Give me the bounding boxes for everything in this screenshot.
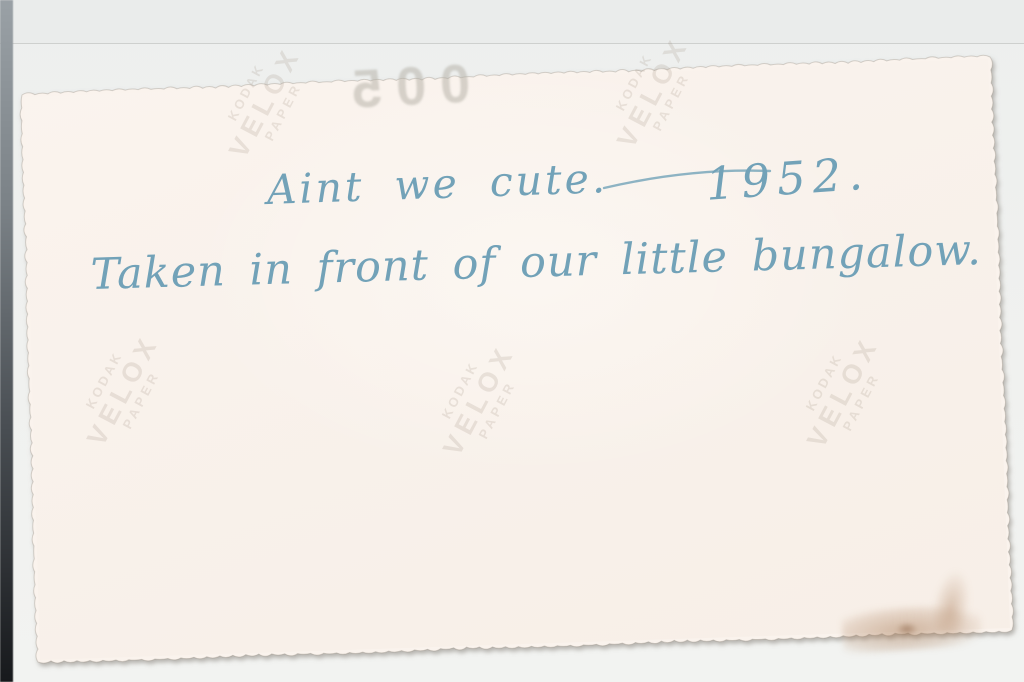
- stamp-number: 005: [336, 53, 471, 122]
- scanned-photo-back: KODAK VELOX PAPER KODAK VELOX PAPER KODA…: [0, 0, 1024, 682]
